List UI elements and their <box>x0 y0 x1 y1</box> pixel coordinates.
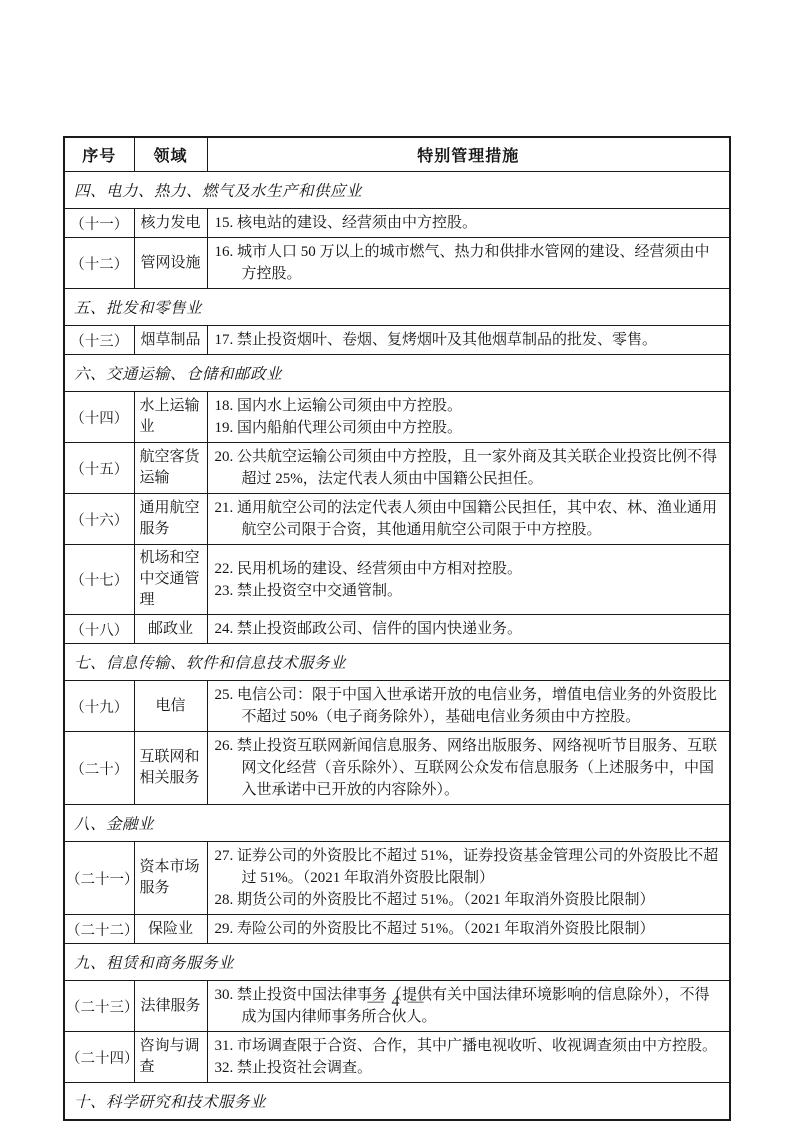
row-field: 烟草制品 <box>134 326 207 355</box>
measure-item: 19. 国内船舶代理公司须由中方控股。 <box>215 417 724 439</box>
table-row: （二十二） 保险业 29. 寿险公司的外资股比不超过 51%。（2021 年取消… <box>64 915 730 944</box>
section-title: 五、批发和零售业 <box>64 289 730 326</box>
measure-item: 31. 市场调查限于合资、合作，其中广播电视收听、收视调查须由中方控股。 <box>215 1035 724 1057</box>
table-row: （十七） 机场和空中交通管理 22. 民用机场的建设、经营须由中方相对控股。23… <box>64 545 730 615</box>
section-row: 九、租赁和商务服务业 <box>64 944 730 981</box>
row-measures: 15. 核电站的建设、经营须由中方控股。 <box>207 209 730 238</box>
row-field: 电信 <box>134 681 207 732</box>
section-title: 八、金融业 <box>64 805 730 842</box>
measure-item: 26. 禁止投资互联网新闻信息服务、网络出版服务、网络视听节目服务、互联网文化经… <box>215 735 724 801</box>
row-index: （十八） <box>64 615 134 644</box>
table-row: （十六） 通用航空服务 21. 通用航空公司的法定代表人须由中国籍公民担任，其中… <box>64 494 730 545</box>
row-measures: 24. 禁止投资邮政公司、信件的国内快递业务。 <box>207 615 730 644</box>
measure-item: 25. 电信公司：限于中国入世承诺开放的电信业务，增值电信业务的外资股比不超过 … <box>215 684 724 728</box>
table-row: （十二） 管网设施 16. 城市人口 50 万以上的城市燃气、热力和供排水管网的… <box>64 238 730 289</box>
row-index: （十七） <box>64 545 134 615</box>
row-index: （二十一） <box>64 842 134 915</box>
row-index: （十九） <box>64 681 134 732</box>
measure-item: 27. 证券公司的外资股比不超过 51%，证券投资基金管理公司的外资股比不超过 … <box>215 845 724 889</box>
measure-item: 21. 通用航空公司的法定代表人须由中国籍公民担任，其中农、林、渔业通用航空公司… <box>215 497 724 541</box>
section-row: 五、批发和零售业 <box>64 289 730 326</box>
row-measures: 21. 通用航空公司的法定代表人须由中国籍公民担任，其中农、林、渔业通用航空公司… <box>207 494 730 545</box>
row-index: （十三） <box>64 326 134 355</box>
document-page: 序号 领域 特别管理措施 四、电力、热力、燃气及水生产和供应业 （十一） 核力发… <box>0 0 793 1122</box>
row-index: （二十四） <box>64 1032 134 1083</box>
row-field: 水上运输业 <box>134 392 207 443</box>
section-title: 七、信息传输、软件和信息技术服务业 <box>64 644 730 681</box>
row-measures: 26. 禁止投资互联网新闻信息服务、网络出版服务、网络视听节目服务、互联网文化经… <box>207 732 730 805</box>
section-title: 九、租赁和商务服务业 <box>64 944 730 981</box>
row-measures: 17. 禁止投资烟叶、卷烟、复烤烟叶及其他烟草制品的批发、零售。 <box>207 326 730 355</box>
table-row: （二十四） 咨询与调查 31. 市场调查限于合资、合作，其中广播电视收听、收视调… <box>64 1032 730 1083</box>
table-row: （十五） 航空客货运输 20. 公共航空运输公司须由中方控股，且一家外商及其关联… <box>64 443 730 494</box>
row-index: （二十二） <box>64 915 134 944</box>
table-header-row: 序号 领域 特别管理措施 <box>64 137 730 172</box>
row-field: 机场和空中交通管理 <box>134 545 207 615</box>
row-field: 邮政业 <box>134 615 207 644</box>
section-row: 六、交通运输、仓储和邮政业 <box>64 355 730 392</box>
table-row: （十三） 烟草制品 17. 禁止投资烟叶、卷烟、复烤烟叶及其他烟草制品的批发、零… <box>64 326 730 355</box>
section-title: 十、科学研究和技术服务业 <box>64 1083 730 1121</box>
measure-item: 15. 核电站的建设、经营须由中方控股。 <box>215 212 724 234</box>
row-field: 管网设施 <box>134 238 207 289</box>
table-row: （十八） 邮政业 24. 禁止投资邮政公司、信件的国内快递业务。 <box>64 615 730 644</box>
row-field: 资本市场服务 <box>134 842 207 915</box>
section-row: 四、电力、热力、燃气及水生产和供应业 <box>64 172 730 209</box>
section-row: 八、金融业 <box>64 805 730 842</box>
row-measures: 25. 电信公司：限于中国入世承诺开放的电信业务，增值电信业务的外资股比不超过 … <box>207 681 730 732</box>
measure-item: 18. 国内水上运输公司须由中方控股。 <box>215 395 724 417</box>
measure-item: 29. 寿险公司的外资股比不超过 51%。（2021 年取消外资股比限制） <box>215 918 724 940</box>
row-index: （十四） <box>64 392 134 443</box>
table-row: （二十） 互联网和相关服务 26. 禁止投资互联网新闻信息服务、网络出版服务、网… <box>64 732 730 805</box>
measure-item: 32. 禁止投资社会调查。 <box>215 1057 724 1079</box>
measure-item: 22. 民用机场的建设、经营须由中方相对控股。 <box>215 558 724 580</box>
section-title: 六、交通运输、仓储和邮政业 <box>64 355 730 392</box>
measure-item: 24. 禁止投资邮政公司、信件的国内快递业务。 <box>215 618 724 640</box>
measure-item: 16. 城市人口 50 万以上的城市燃气、热力和供排水管网的建设、经营须由中方控… <box>215 241 724 285</box>
row-field: 通用航空服务 <box>134 494 207 545</box>
row-measures: 16. 城市人口 50 万以上的城市燃气、热力和供排水管网的建设、经营须由中方控… <box>207 238 730 289</box>
page-number: — 4 — <box>0 993 793 1011</box>
row-measures: 29. 寿险公司的外资股比不超过 51%。（2021 年取消外资股比限制） <box>207 915 730 944</box>
measure-item: 17. 禁止投资烟叶、卷烟、复烤烟叶及其他烟草制品的批发、零售。 <box>215 329 724 351</box>
row-measures: 20. 公共航空运输公司须由中方控股，且一家外商及其关联企业投资比例不得超过 2… <box>207 443 730 494</box>
measure-item: 20. 公共航空运输公司须由中方控股，且一家外商及其关联企业投资比例不得超过 2… <box>215 446 724 490</box>
row-field: 航空客货运输 <box>134 443 207 494</box>
row-index: （十五） <box>64 443 134 494</box>
table-row: （十一） 核力发电 15. 核电站的建设、经营须由中方控股。 <box>64 209 730 238</box>
col-header-index: 序号 <box>64 137 134 172</box>
measures-table-body: 四、电力、热力、燃气及水生产和供应业 （十一） 核力发电 15. 核电站的建设、… <box>64 172 730 1121</box>
row-field: 保险业 <box>134 915 207 944</box>
section-row: 十、科学研究和技术服务业 <box>64 1083 730 1121</box>
row-index: （二十） <box>64 732 134 805</box>
measures-table: 序号 领域 特别管理措施 四、电力、热力、燃气及水生产和供应业 （十一） 核力发… <box>63 136 731 1121</box>
row-field: 互联网和相关服务 <box>134 732 207 805</box>
row-field: 咨询与调查 <box>134 1032 207 1083</box>
row-measures: 18. 国内水上运输公司须由中方控股。19. 国内船舶代理公司须由中方控股。 <box>207 392 730 443</box>
col-header-field: 领域 <box>134 137 207 172</box>
col-header-measures: 特别管理措施 <box>207 137 730 172</box>
table-row: （十四） 水上运输业 18. 国内水上运输公司须由中方控股。19. 国内船舶代理… <box>64 392 730 443</box>
measure-item: 23. 禁止投资空中交通管制。 <box>215 580 724 602</box>
measure-item: 28. 期货公司的外资股比不超过 51%。（2021 年取消外资股比限制） <box>215 889 724 911</box>
row-measures: 22. 民用机场的建设、经营须由中方相对控股。23. 禁止投资空中交通管制。 <box>207 545 730 615</box>
row-field: 核力发电 <box>134 209 207 238</box>
row-index: （十二） <box>64 238 134 289</box>
row-index: （十六） <box>64 494 134 545</box>
row-measures: 27. 证券公司的外资股比不超过 51%，证券投资基金管理公司的外资股比不超过 … <box>207 842 730 915</box>
row-index: （十一） <box>64 209 134 238</box>
row-measures: 31. 市场调查限于合资、合作，其中广播电视收听、收视调查须由中方控股。32. … <box>207 1032 730 1083</box>
section-title: 四、电力、热力、燃气及水生产和供应业 <box>64 172 730 209</box>
section-row: 七、信息传输、软件和信息技术服务业 <box>64 644 730 681</box>
table-row: （十九） 电信 25. 电信公司：限于中国入世承诺开放的电信业务，增值电信业务的… <box>64 681 730 732</box>
table-row: （二十一） 资本市场服务 27. 证券公司的外资股比不超过 51%，证券投资基金… <box>64 842 730 915</box>
